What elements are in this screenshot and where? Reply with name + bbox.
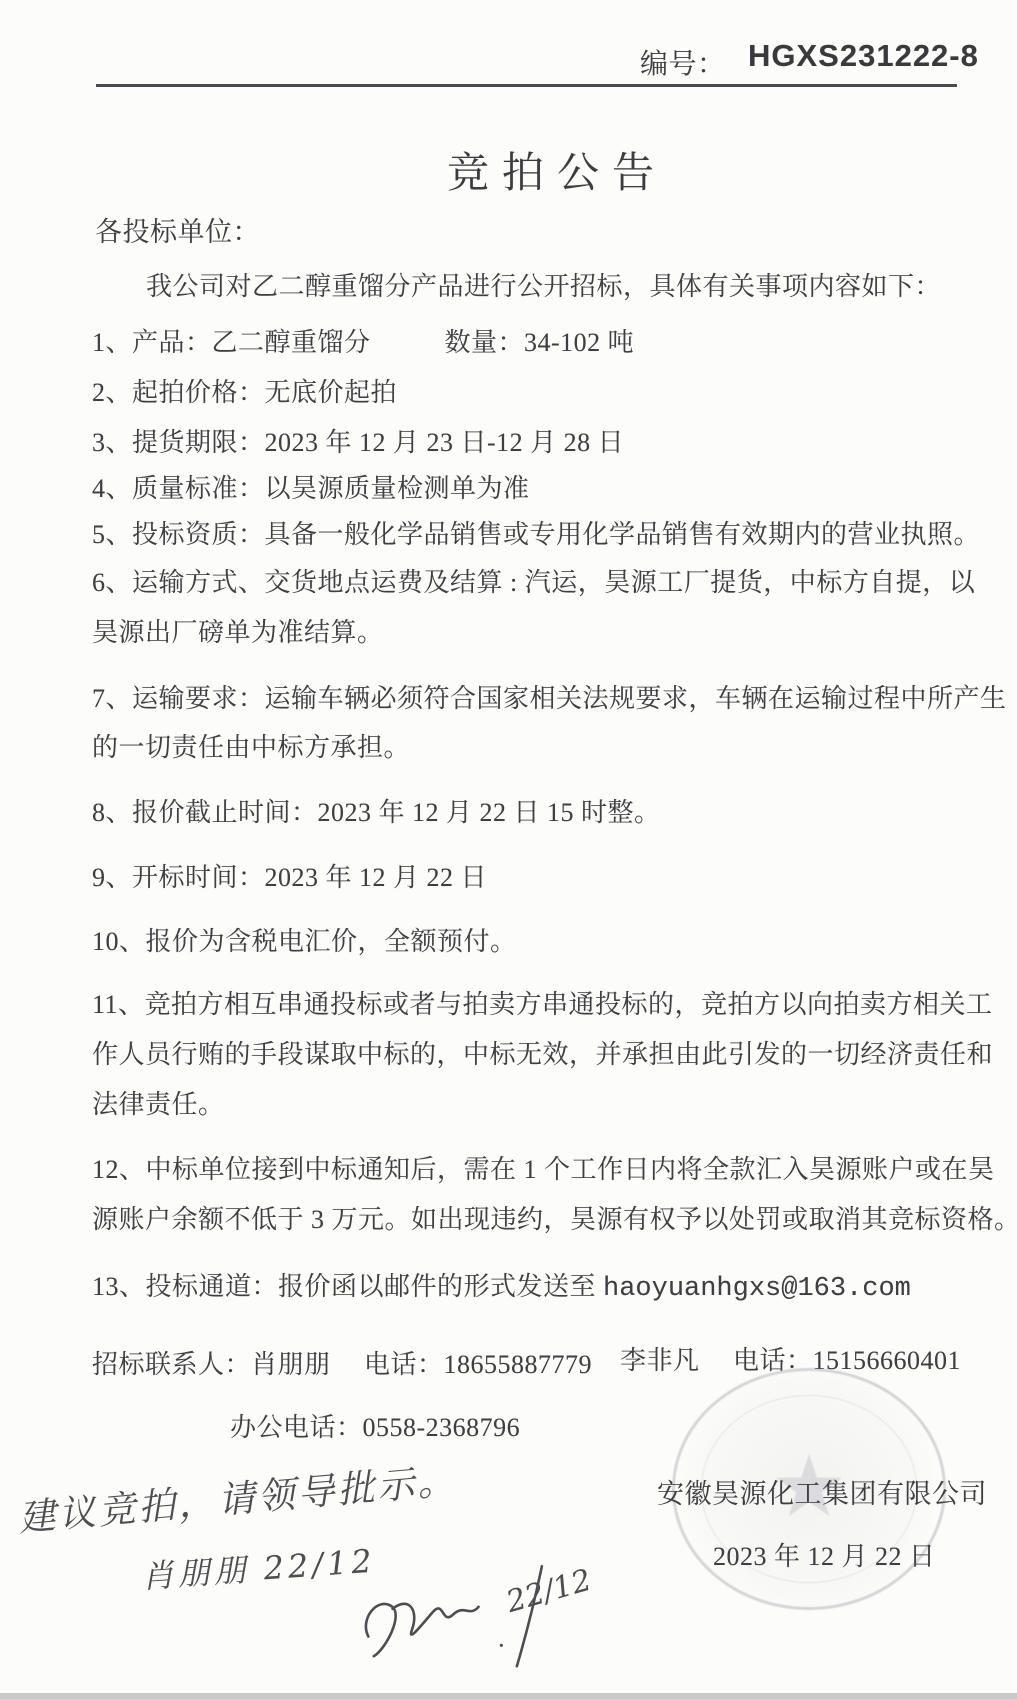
item-13-text: 13、投标通道：报价函以邮件的形式发送至 (92, 1272, 603, 1301)
contact-person-1: 招标联系人：肖朋朋 电话：18655887779 (92, 1344, 592, 1381)
handwritten-signature-2: 22/12 (345, 1542, 613, 1690)
item-1-product: 1、产品：乙二醇重馏分 (92, 328, 371, 357)
item-1-quantity: 数量：34-102 吨 (445, 328, 635, 357)
item-4: 4、质量标准：以昊源质量检测单为准 (92, 468, 530, 505)
signature-date: 2023 年 12 月 22 日 (713, 1536, 936, 1573)
item-9: 9、开标时间：2023 年 12 月 22 日 (92, 857, 487, 894)
handwritten-note: 建议竞拍，请领导批示。 (16, 1450, 459, 1542)
item-2: 2、起拍价格：无底价起拍 (92, 372, 397, 409)
intro-paragraph: 我公司对乙二醇重馏分产品进行公开招标，具体有关事项内容如下： (146, 266, 941, 303)
doc-number-label: 编号： (640, 42, 726, 82)
item-11-line-2: 作人员行贿的手段谋取中标的，中标无效，并承担由此引发的一切经济责任和 (92, 1034, 993, 1071)
handwritten-signature-1: 肖朋朋 22/12 (140, 1536, 377, 1598)
item-3: 3、提货期限：2023 年 12 月 23 日-12 月 28 日 (92, 422, 624, 459)
item-8: 8、报价截止时间：2023 年 12 月 22 日 15 时整。 (92, 792, 661, 829)
item-1: 1、产品：乙二醇重馏分数量：34-102 吨 (92, 322, 634, 359)
item-10: 10、报价为含税电汇价，全额预付。 (92, 921, 517, 958)
item-12-line-1: 12、中标单位接到中标通知后，需在 1 个工作日内将全款汇入昊源账户或在昊 (92, 1149, 995, 1186)
office-phone: 办公电话：0558-2368796 (230, 1407, 520, 1444)
item-7-line-2: 的一切责任由中标方承担。 (92, 727, 410, 764)
scanned-document-page: 编号： HGXS231222-8 竞拍公告 各投标单位： 我公司对乙二醇重馏分产… (0, 0, 1017, 1699)
item-7-line-1: 7、运输要求：运输车辆必须符合国家相关法规要求，车辆在运输过程中所产生 (92, 678, 1007, 715)
page-title: 竞拍公告 (447, 140, 667, 200)
bid-email: haoyuanhgxs@163.com (603, 1274, 911, 1304)
salutation: 各投标单位： (95, 210, 260, 249)
doc-number-value: HGXS231222-8 (748, 38, 979, 74)
item-13: 13、投标通道：报价函以邮件的形式发送至 haoyuanhgxs@163.com (92, 1266, 911, 1304)
item-6-line-1: 6、运输方式、交货地点运费及结算 : 汽运，昊源工厂提货，中标方自提，以 (92, 562, 975, 599)
item-12-line-2: 源账户余额不低于 3 万元。如出现违约，昊源有权予以处罚或取消其竞标资格。 (92, 1199, 1017, 1236)
item-11-line-1: 11、竞拍方相互串通投标或者与拍卖方串通投标的，竞拍方以向拍卖方相关工 (92, 984, 993, 1021)
header-rule (96, 84, 957, 87)
scan-edge-bar (0, 1693, 1017, 1699)
company-signature: 安徽昊源化工集团有限公司 (657, 1472, 987, 1511)
item-6-line-2: 昊源出厂磅单为准结算。 (92, 612, 384, 649)
item-11-line-3: 法律责任。 (92, 1084, 225, 1121)
signature-squiggle-icon (345, 1542, 613, 1690)
item-5: 5、投标资质：具备一般化学品销售或专用化学品销售有效期内的营业执照。 (92, 514, 980, 551)
